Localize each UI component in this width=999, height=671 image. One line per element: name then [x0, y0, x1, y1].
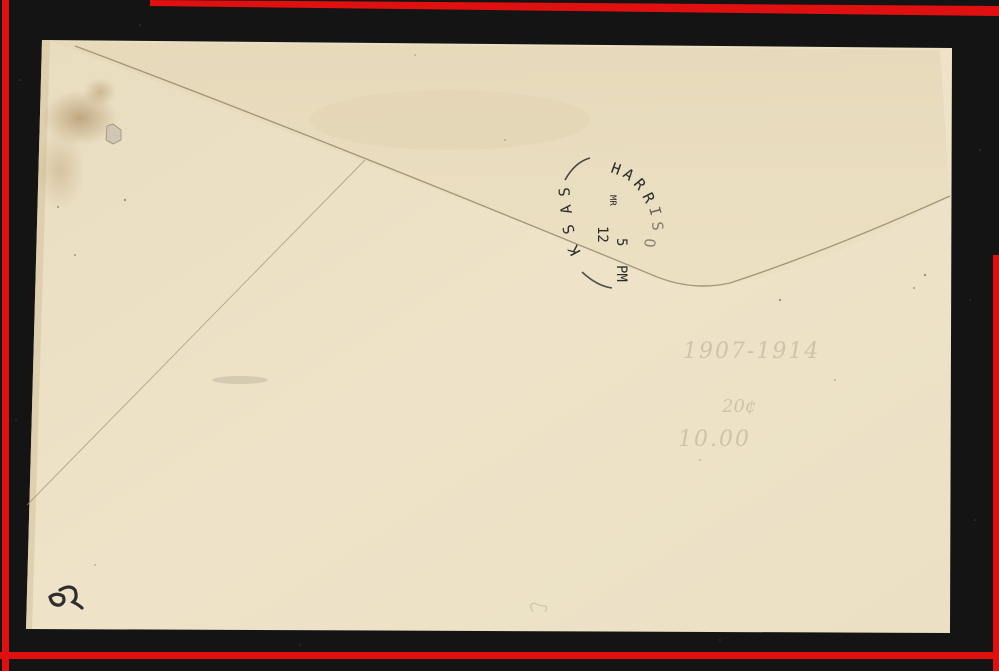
svg-text:10.00: 10.00 — [678, 427, 751, 452]
svg-text:5: 5 — [613, 238, 629, 246]
svg-text:PM: PM — [613, 265, 629, 282]
svg-text:MR: MR — [607, 195, 617, 206]
svg-text:O: O — [640, 238, 659, 249]
envelope-scene: H A R R I S O S A S K MR 12 5 PM 1907-19… — [0, 0, 999, 671]
photo-stage: H A R R I S O S A S K MR 12 5 PM 1907-19… — [0, 0, 999, 671]
svg-text:1907-1914: 1907-1914 — [683, 339, 820, 364]
envelope — [26, 40, 952, 633]
svg-text:12: 12 — [594, 226, 610, 243]
svg-text:S: S — [648, 221, 667, 232]
svg-text:20¢: 20¢ — [721, 396, 756, 417]
svg-text:S: S — [555, 187, 574, 198]
